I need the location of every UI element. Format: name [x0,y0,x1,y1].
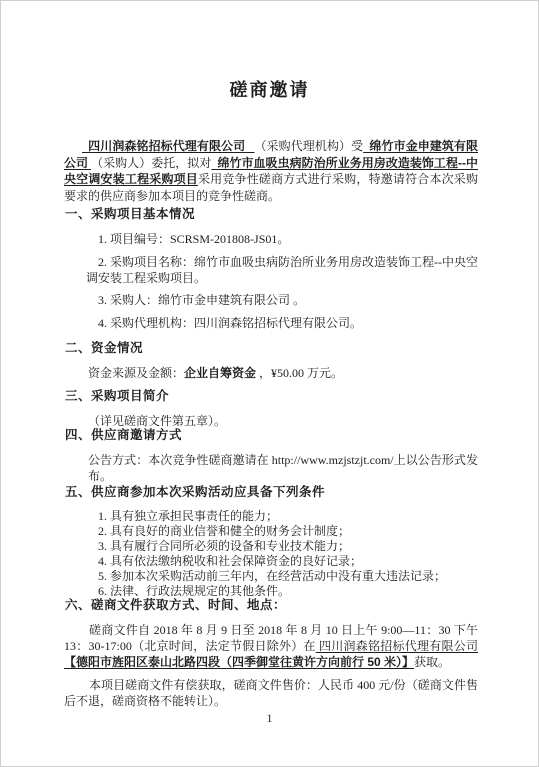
text-segment: 6. 法律、行政法规规定的其他条件。 [98,584,290,598]
list-item: 3. 采购人：绵竹市金申建筑有限公司 。 [64,292,478,308]
section-heading: 一、采购项目基本情况 [65,206,478,223]
agency-name: 四川润森铭招标代理有限公司 [88,139,245,153]
text-segment: （详见磋商文件第五章）。 [88,414,226,428]
text-segment: 3. 具有履行合同所必须的设备和专业技术能力； [98,539,350,553]
project-title: 2. 采购项目名称：绵竹市血吸虫病防治所业务用房改造装饰工程--中央空调安装工程… [86,255,478,285]
section-heading: 二、资金情况 [65,340,478,357]
agency-name: 四川润森铭招标代理有限公司 [316,639,478,653]
section-heading: 五、供应商参加本次采购活动应具备下列条件 [65,484,478,501]
text-segment: （采购人）委托，拟对 [91,156,211,170]
intro-paragraph: 四川润森铭招标代理有限公司 （采购代理机构）受 绵竹市金申建筑有限公司 （采购人… [64,138,478,204]
project-number: 1. 项目编号：SCRSM-201808-JS01。 [98,232,289,246]
announcement-url: http://www.mzjstzjt.com/ [272,453,394,467]
text-segment: 4. 具有依法缴纳税收和社会保障资金的良好记录； [98,554,362,568]
text-segment: 2. 具有良好的商业信誉和健全的财务会计制度； [98,524,350,538]
paragraph: 资金来源及金额：企业自筹资金 ，¥50.00 万元。 [64,365,478,381]
text-segment: 获取。 [414,655,450,669]
list-item: 4. 具有依法缴纳税收和社会保障资金的良好记录； [64,554,478,569]
section-heading: 三、采购项目简介 [65,388,478,405]
section-1: 一、采购项目基本情况1. 项目编号：SCRSM-201808-JS01。2. 采… [64,206,478,337]
section-3: 三、采购项目简介（详见磋商文件第五章）。 [64,388,478,429]
purchaser-line: 3. 采购人：绵竹市金申建筑有限公司 。 [98,293,305,307]
text-segment: 1. 具有独立承担民事责任的能力； [98,509,278,523]
paragraph: 磋商文件自 2018 年 8 月 9 日至 2018 年 8 月 10 日上午 … [64,622,478,671]
list-item: 1. 项目编号：SCRSM-201808-JS01。 [64,231,478,247]
document-page: 磋商邀请 四川润森铭招标代理有限公司 （采购代理机构）受 绵竹市金申建筑有限公司… [0,0,539,767]
section-4: 四、供应商邀请方式公告方式：本次竞争性磋商邀请在 http://www.mzjs… [64,427,478,484]
paragraph: 本项目磋商文件有偿获取，磋商文件售价：人民币 400 元/份（磋商文件售后不退，… [64,677,478,709]
funding-amount: ，¥50.00 万元。 [256,366,343,380]
section-heading: 六、磋商文件获取方式、时间、地点： [65,597,478,614]
list-item: 2. 具有良好的商业信誉和健全的财务会计制度； [64,524,478,539]
text-segment: 5. 参加本次采购活动前三年内，在经营活动中没有重大违法记录； [98,569,446,583]
agency-address: 【德阳市旌阳区泰山北路四段（四季御堂往黄许方向前行 50 米）】 [64,655,414,669]
section-5: 五、供应商参加本次采购活动应具备下列条件1. 具有独立承担民事责任的能力；2. … [64,484,478,599]
section-2: 二、资金情况资金来源及金额：企业自筹资金 ，¥50.00 万元。 [64,340,478,381]
document-price: 本项目磋商文件有偿获取，磋商文件售价：人民币 400 元/份（磋商文件售后不退，… [64,678,478,708]
list-item: 2. 采购项目名称：绵竹市血吸虫病防治所业务用房改造装饰工程--中央空调安装工程… [64,254,478,286]
agency-line: 4. 采购代理机构：四川润森铭招标代理有限公司。 [98,316,362,330]
page-number: 1 [1,712,538,726]
section-heading: 四、供应商邀请方式 [65,427,478,444]
text-segment: （采购代理机构）受 [254,139,363,153]
funding-source: 企业自筹资金 [184,366,256,380]
document-title: 磋商邀请 [1,78,538,102]
text-segment: 资金来源及金额： [88,366,184,380]
list-item: 4. 采购代理机构：四川润森铭招标代理有限公司。 [64,315,478,331]
list-item: 5. 参加本次采购活动前三年内，在经营活动中没有重大违法记录； [64,569,478,584]
text-segment: 公告方式：本次竞争性磋商邀请在 [88,453,272,467]
list-item: 3. 具有履行合同所必须的设备和专业技术能力； [64,539,478,554]
list-item: 1. 具有独立承担民事责任的能力； [64,509,478,524]
section-6: 六、磋商文件获取方式、时间、地点：磋商文件自 2018 年 8 月 9 日至 2… [64,597,478,715]
paragraph: 公告方式：本次竞争性磋商邀请在 http://www.mzjstzjt.com/… [64,452,478,484]
